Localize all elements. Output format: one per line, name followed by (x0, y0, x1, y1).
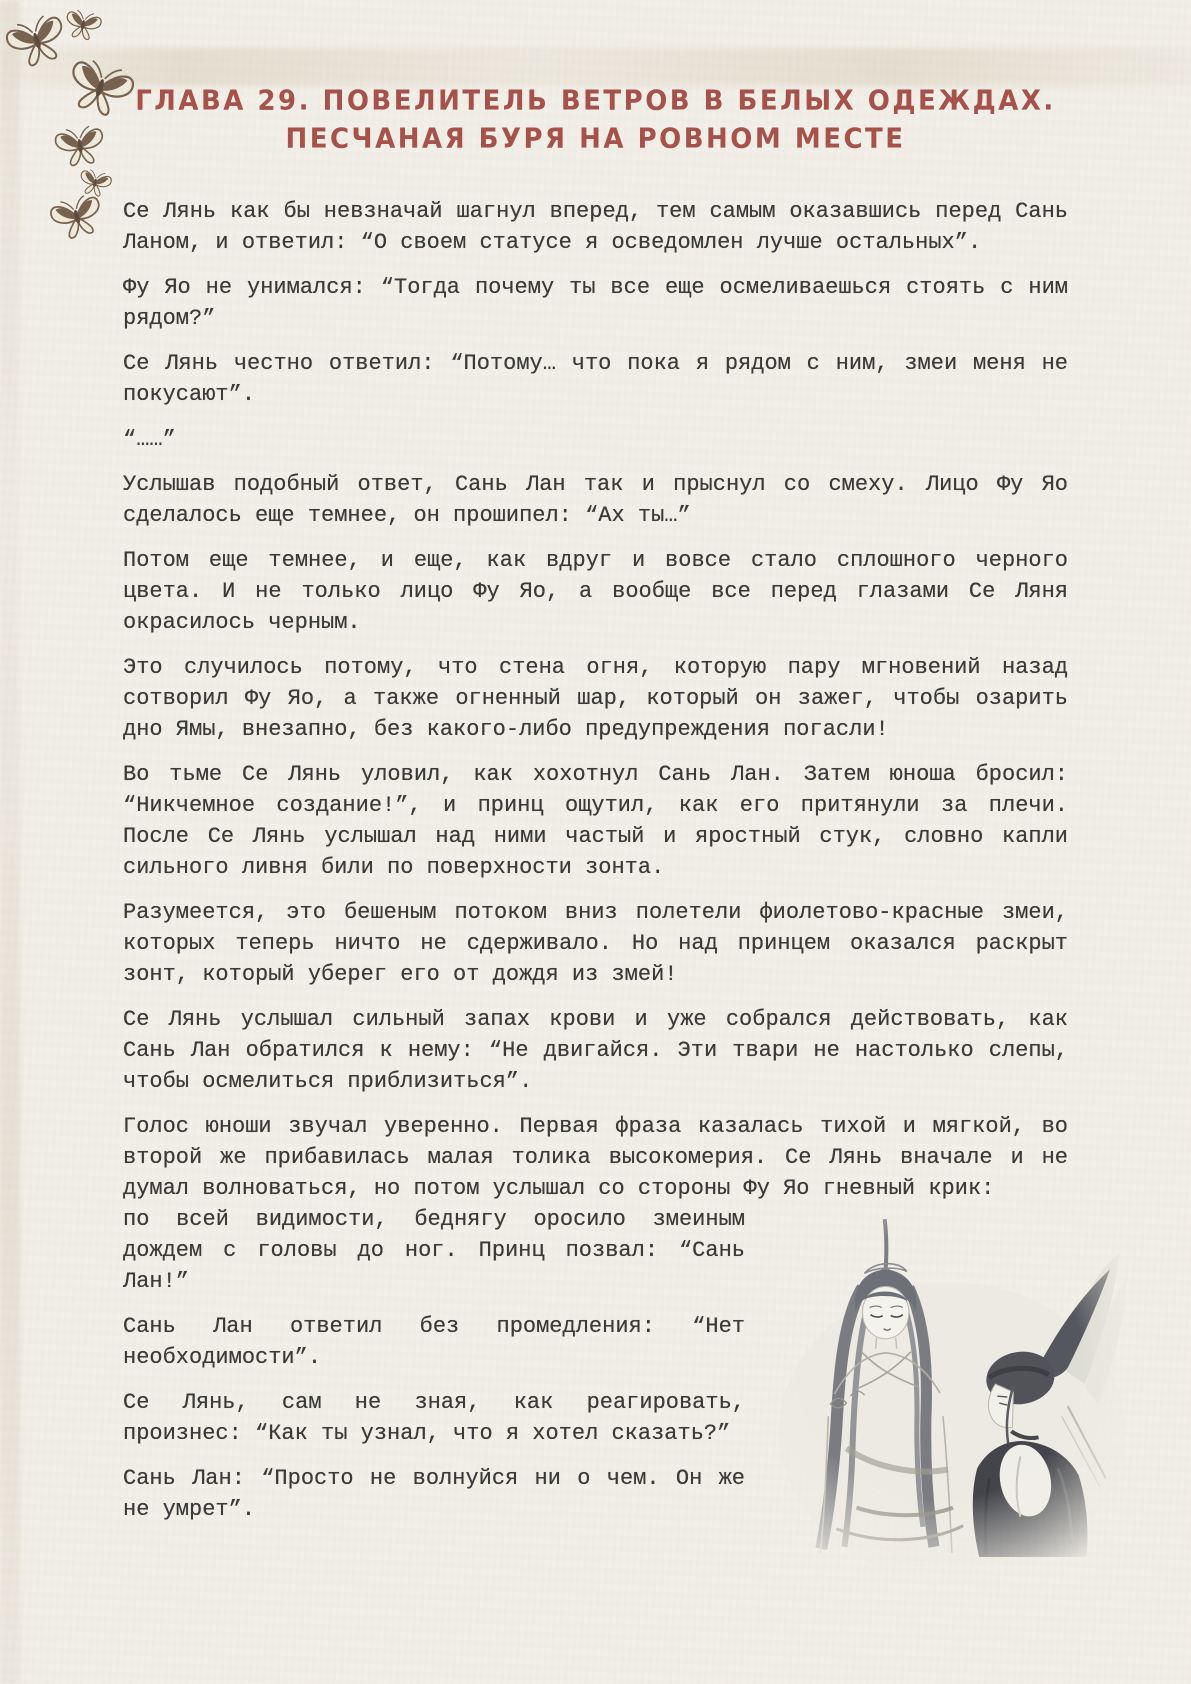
paragraph: “……” (123, 424, 1068, 455)
paper-stain-band (0, 48, 1191, 86)
paragraph: Во тьме Се Лянь уловил, как хохотнул Сан… (123, 759, 1068, 883)
chapter-title-line1: ГЛАВА 29. ПОВЕЛИТЕЛЬ ВЕТРОВ В БЕЛЫХ ОДЕЖ… (0, 82, 1191, 120)
paragraph: по всей видимости, беднягу оросило змеин… (123, 1204, 745, 1297)
paragraph: Это случилось потому, что стена огня, ко… (123, 652, 1068, 745)
paper-edge-texture (0, 0, 20, 1684)
body-text: Се Лянь как бы невзначай шагнул вперед, … (123, 196, 1068, 1539)
paragraph: Разумеется, это бешеным потоком вниз пол… (123, 897, 1068, 990)
paragraph: Се Лянь услышал сильный запах крови и уж… (123, 1004, 1068, 1097)
paragraph: Голос юноши звучал уверенно. Первая фраз… (123, 1111, 1068, 1204)
butterfly-icon (74, 162, 115, 203)
butterfly-icon (0, 2, 76, 80)
butterfly-icon (60, 2, 105, 47)
paragraph: Фу Яо не унимался: “Тогда почему ты все … (123, 272, 1068, 334)
paragraph: Се Лянь как бы невзначай шагнул вперед, … (123, 196, 1068, 258)
paragraph: Потом еще темнее, и еще, как вдруг и вов… (123, 545, 1068, 638)
paragraph: Сань Лан ответил без промедления: “Нет н… (123, 1311, 745, 1373)
paragraph: Се Лянь, сам не зная, как реагировать, п… (123, 1387, 745, 1449)
paragraph: Сань Лан: “Просто не волнуйся ни о чем. … (123, 1463, 745, 1525)
chapter-title-line2: ПЕСЧАНАЯ БУРЯ НА РОВНОМ МЕСТЕ (0, 120, 1191, 158)
chapter-title: ГЛАВА 29. ПОВЕЛИТЕЛЬ ВЕТРОВ В БЕЛЫХ ОДЕЖ… (0, 82, 1191, 158)
paragraph: Се Лянь честно ответил: “Потому… что пок… (123, 348, 1068, 410)
book-page: ГЛАВА 29. ПОВЕЛИТЕЛЬ ВЕТРОВ В БЕЛЫХ ОДЕЖ… (0, 0, 1191, 1684)
butterfly-icon (44, 184, 110, 250)
chapter-header: ГЛАВА 29. ПОВЕЛИТЕЛЬ ВЕТРОВ В БЕЛЫХ ОДЕЖ… (0, 84, 1191, 156)
paragraph: Услышав подобный ответ, Сань Лан так и п… (123, 469, 1068, 531)
